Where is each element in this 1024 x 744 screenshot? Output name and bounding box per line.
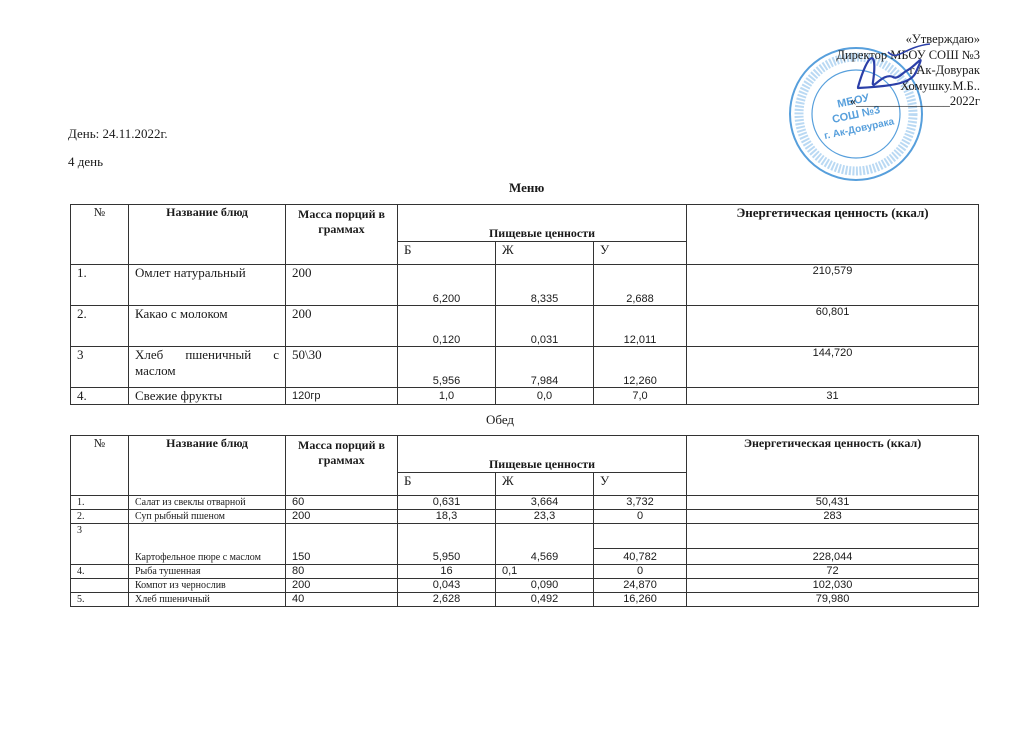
col-name-header: Название блюд [129, 436, 286, 496]
col-mass-header: Масса порций в граммах [286, 205, 398, 265]
table-row: 3Хлеб пшеничный с маслом50\305,9567,9841… [71, 347, 979, 388]
nutrient-zh: 0,031 [496, 306, 594, 347]
energy-value: 228,044 [687, 524, 979, 565]
nutrient-zh: 0,0 [496, 388, 594, 405]
nutrient-u: 3,732 [594, 496, 687, 510]
nutrient-b: 6,200 [398, 265, 496, 306]
nutrient-b: 18,3 [398, 510, 496, 524]
table-row: 3Картофельное пюре с маслом1505,9504,569… [71, 524, 979, 565]
table-row: 5.Хлеб пшеничный402,6280,49216,26079,980 [71, 593, 979, 607]
day-number: 4 день [68, 154, 103, 170]
col-num-header: № [71, 436, 129, 496]
col-b-header: Б [398, 242, 496, 265]
energy-value: 31 [687, 388, 979, 405]
dish-mass: 50\30 [286, 347, 398, 388]
dish-mass: 200 [286, 306, 398, 347]
nutrient-u: 7,0 [594, 388, 687, 405]
nutrient-u: 0 [594, 565, 687, 579]
nutrient-b: 16 [398, 565, 496, 579]
energy-value: 50,431 [687, 496, 979, 510]
table-row: 2.Суп рыбный пшеном20018,323,30283 [71, 510, 979, 524]
dish-mass: 200 [286, 265, 398, 306]
dish-name: Суп рыбный пшеном [129, 510, 286, 524]
row-num [71, 579, 129, 593]
nutrient-b: 0,120 [398, 306, 496, 347]
dish-mass: 200 [286, 510, 398, 524]
energy-value: 72 [687, 565, 979, 579]
col-zh-header: Ж [496, 242, 594, 265]
dish-name: Рыба тушенная [129, 565, 286, 579]
row-num: 1. [71, 265, 129, 306]
dish-name: Картофельное пюре с маслом [129, 524, 286, 565]
signature-icon [838, 42, 938, 102]
nutrient-zh: 0,492 [496, 593, 594, 607]
dish-mass: 150 [286, 524, 398, 565]
nutrient-u: 2,688 [594, 265, 687, 306]
row-num: 3 [71, 524, 129, 565]
row-num: 3 [71, 347, 129, 388]
nutrient-b: 5,956 [398, 347, 496, 388]
table-row: Компот из чернослив2000,0430,09024,87010… [71, 579, 979, 593]
col-u-header: У [594, 242, 687, 265]
nutrient-b: 1,0 [398, 388, 496, 405]
energy-value: 210,579 [687, 265, 979, 306]
col-name-header: Название блюд [129, 205, 286, 265]
menu-title: Меню [509, 180, 544, 196]
row-num: 1. [71, 496, 129, 510]
breakfast-table: № Название блюд Масса порций в граммах П… [70, 204, 979, 405]
dish-name: Свежие фрукты [129, 388, 286, 405]
dish-name: Хлеб пшеничный [129, 593, 286, 607]
col-nutrition-header: Пищевые ценности [398, 205, 687, 242]
nutrient-u: 12,011 [594, 306, 687, 347]
row-num: 5. [71, 593, 129, 607]
nutrient-u: 0 [594, 510, 687, 524]
energy-value: 60,801 [687, 306, 979, 347]
table-row: 2.Какао с молоком2000,1200,03112,01160,8… [71, 306, 979, 347]
table-row: 1.Омлет натуральный2006,2008,3352,688210… [71, 265, 979, 306]
dish-name: Компот из чернослив [129, 579, 286, 593]
row-num: 2. [71, 510, 129, 524]
col-mass-header: Масса порций в граммах [286, 436, 398, 496]
dish-name: Какао с молоком [129, 306, 286, 347]
col-zh-header: Ж [496, 473, 594, 496]
col-b-header: Б [398, 473, 496, 496]
dish-name: Хлеб пшеничный с маслом [129, 347, 286, 388]
energy-value: 79,980 [687, 593, 979, 607]
nutrient-u: 24,870 [594, 579, 687, 593]
nutrient-zh: 8,335 [496, 265, 594, 306]
table-row: 4.Свежие фрукты120гр1,00,07,031 [71, 388, 979, 405]
row-num: 4. [71, 565, 129, 579]
dish-mass: 80 [286, 565, 398, 579]
nutrient-u: 16,260 [594, 593, 687, 607]
dish-name: Салат из свеклы отварной [129, 496, 286, 510]
lunch-table: № Название блюд Масса порций в граммах П… [70, 435, 979, 607]
table-row: 4.Рыба тушенная80160,1072 [71, 565, 979, 579]
col-energy-header: Энергетическая ценность (ккал) [687, 436, 979, 496]
dish-mass: 60 [286, 496, 398, 510]
nutrient-zh: 3,664 [496, 496, 594, 510]
nutrient-zh: 4,569 [496, 524, 594, 565]
nutrient-zh: 7,984 [496, 347, 594, 388]
col-energy-header: Энергетическая ценность (ккал) [687, 205, 979, 265]
nutrient-zh: 0,090 [496, 579, 594, 593]
row-num: 4. [71, 388, 129, 405]
col-u-header: У [594, 473, 687, 496]
nutrient-zh: 0,1 [496, 565, 594, 579]
dish-mass: 40 [286, 593, 398, 607]
nutrient-u: 40,782 [594, 524, 687, 565]
nutrient-zh: 23,3 [496, 510, 594, 524]
row-num: 2. [71, 306, 129, 347]
nutrient-b: 0,631 [398, 496, 496, 510]
day-label: День: 24.11.2022г. [68, 126, 168, 142]
dish-mass: 120гр [286, 388, 398, 405]
nutrient-b: 2,628 [398, 593, 496, 607]
energy-value: 102,030 [687, 579, 979, 593]
nutrient-u: 12,260 [594, 347, 687, 388]
dish-name: Омлет натуральный [129, 265, 286, 306]
nutrient-b: 0,043 [398, 579, 496, 593]
energy-value: 144,720 [687, 347, 979, 388]
nutrient-b: 5,950 [398, 524, 496, 565]
energy-value: 283 [687, 510, 979, 524]
col-num-header: № [71, 205, 129, 265]
table-row: 1.Салат из свеклы отварной600,6313,6643,… [71, 496, 979, 510]
lunch-title: Обед [486, 412, 514, 428]
dish-mass: 200 [286, 579, 398, 593]
col-nutrition-header: Пищевые ценности [398, 436, 687, 473]
